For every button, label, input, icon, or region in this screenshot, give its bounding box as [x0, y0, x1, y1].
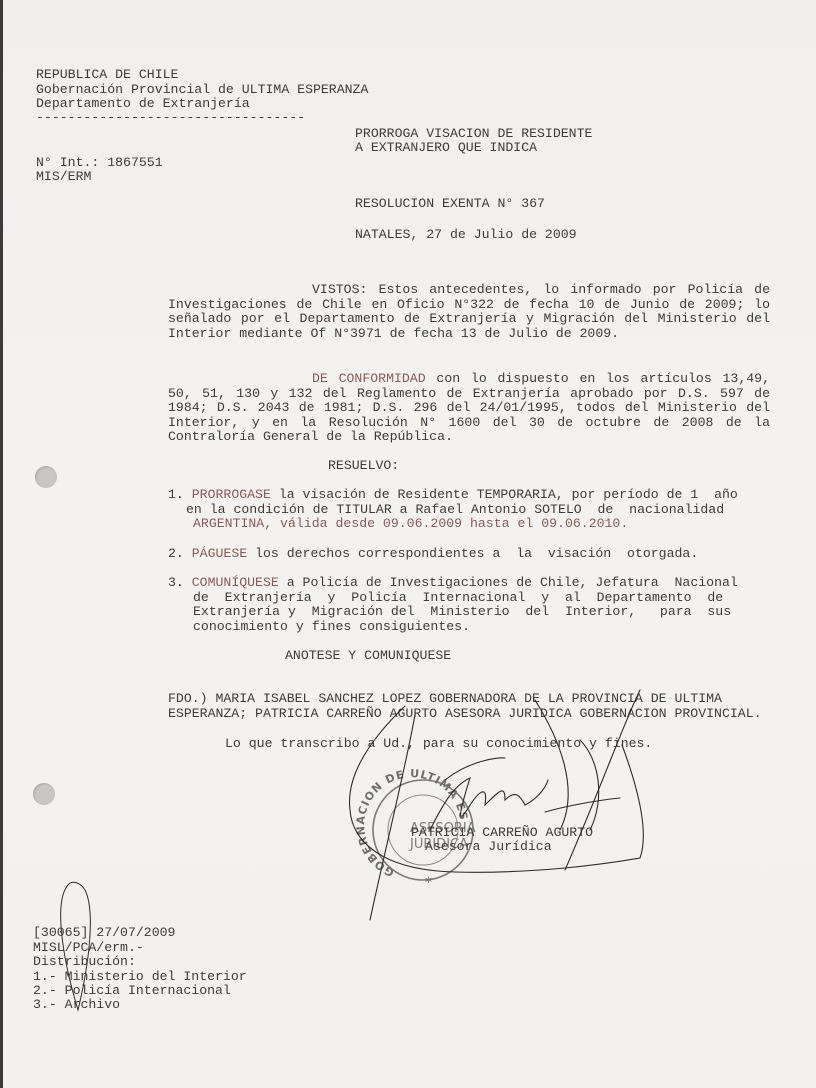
item-2-keyword: PÁGUESE — [192, 546, 247, 561]
punch-hole-top — [35, 466, 57, 488]
transcribo-line: Lo que transcribo a Ud., para su conocim… — [225, 737, 652, 752]
subject-line2: A EXTRANJERO QUE INDICA — [355, 141, 537, 156]
item-1-line1: la visación de Residente TEMPORARIA, por… — [279, 487, 738, 502]
conformidad-text: con lo dispuesto en los artículos 13,49,… — [168, 371, 770, 444]
vistos-paragraph: VISTOS: Estos antecedentes, lo informado… — [168, 283, 770, 341]
place-date: NATALES, 27 de Julio de 2009 — [355, 228, 577, 243]
resolution-number: RESOLUCION EXENTA N° 367 — [355, 197, 545, 212]
conformidad-paragraph: DE CONFORMIDAD con lo dispuesto en los a… — [168, 372, 770, 445]
item-2-number: 2. — [168, 546, 184, 561]
distribution-label: Distribución: — [33, 955, 136, 970]
signer-title: Asesora Jurídica — [425, 840, 552, 855]
item-3-number: 3. — [168, 575, 184, 590]
item-3-keyword: COMUNÍQUESE — [192, 575, 279, 590]
item-1-line3: ARGENTINA, válida desde 09.06.2009 hasta… — [193, 517, 628, 532]
vistos-label: VISTOS: — [312, 282, 367, 297]
footer-code-date: [30065] 27/07/2009 — [33, 926, 175, 941]
anotese-heading: ANOTESE Y COMUNIQUESE — [285, 649, 451, 664]
item-1-keyword: PRORROGASE — [192, 487, 271, 502]
conformidad-label: DE CONFORMIDAD — [312, 371, 426, 386]
item-2-line1: los derechos correspondientes a la visac… — [255, 546, 698, 561]
item-3-line3: Extranjería y Migración del Ministerio d… — [193, 605, 731, 620]
resuelvo-heading: RESUELVO: — [328, 459, 399, 474]
punch-hole-bottom — [33, 783, 55, 805]
item-1-number: 1. — [168, 487, 184, 502]
fdo-line1: FDO.) MARIA ISABEL SANCHEZ LOPEZ GOBERNA… — [168, 692, 722, 707]
fdo-line2: ESPERANZA; PATRICIA CARREÑO AGURTO ASESO… — [168, 707, 762, 722]
item-3-line1: a Policía de Investigaciones de Chile, J… — [287, 575, 738, 590]
vistos-text: Estos antecedentes, lo informado por Pol… — [168, 282, 770, 341]
scan-edge — [0, 0, 3, 1088]
header-divider: ---------------------------------- — [36, 111, 305, 126]
ref-initials: MIS/ERM — [36, 170, 91, 185]
item-3-line4: conocimiento y fines consiguientes. — [193, 620, 470, 635]
header-republic: REPUBLICA DE CHILE — [36, 68, 178, 83]
stamp-star: * — [425, 875, 432, 891]
distribution-item: 3.- Archivo — [33, 998, 120, 1013]
